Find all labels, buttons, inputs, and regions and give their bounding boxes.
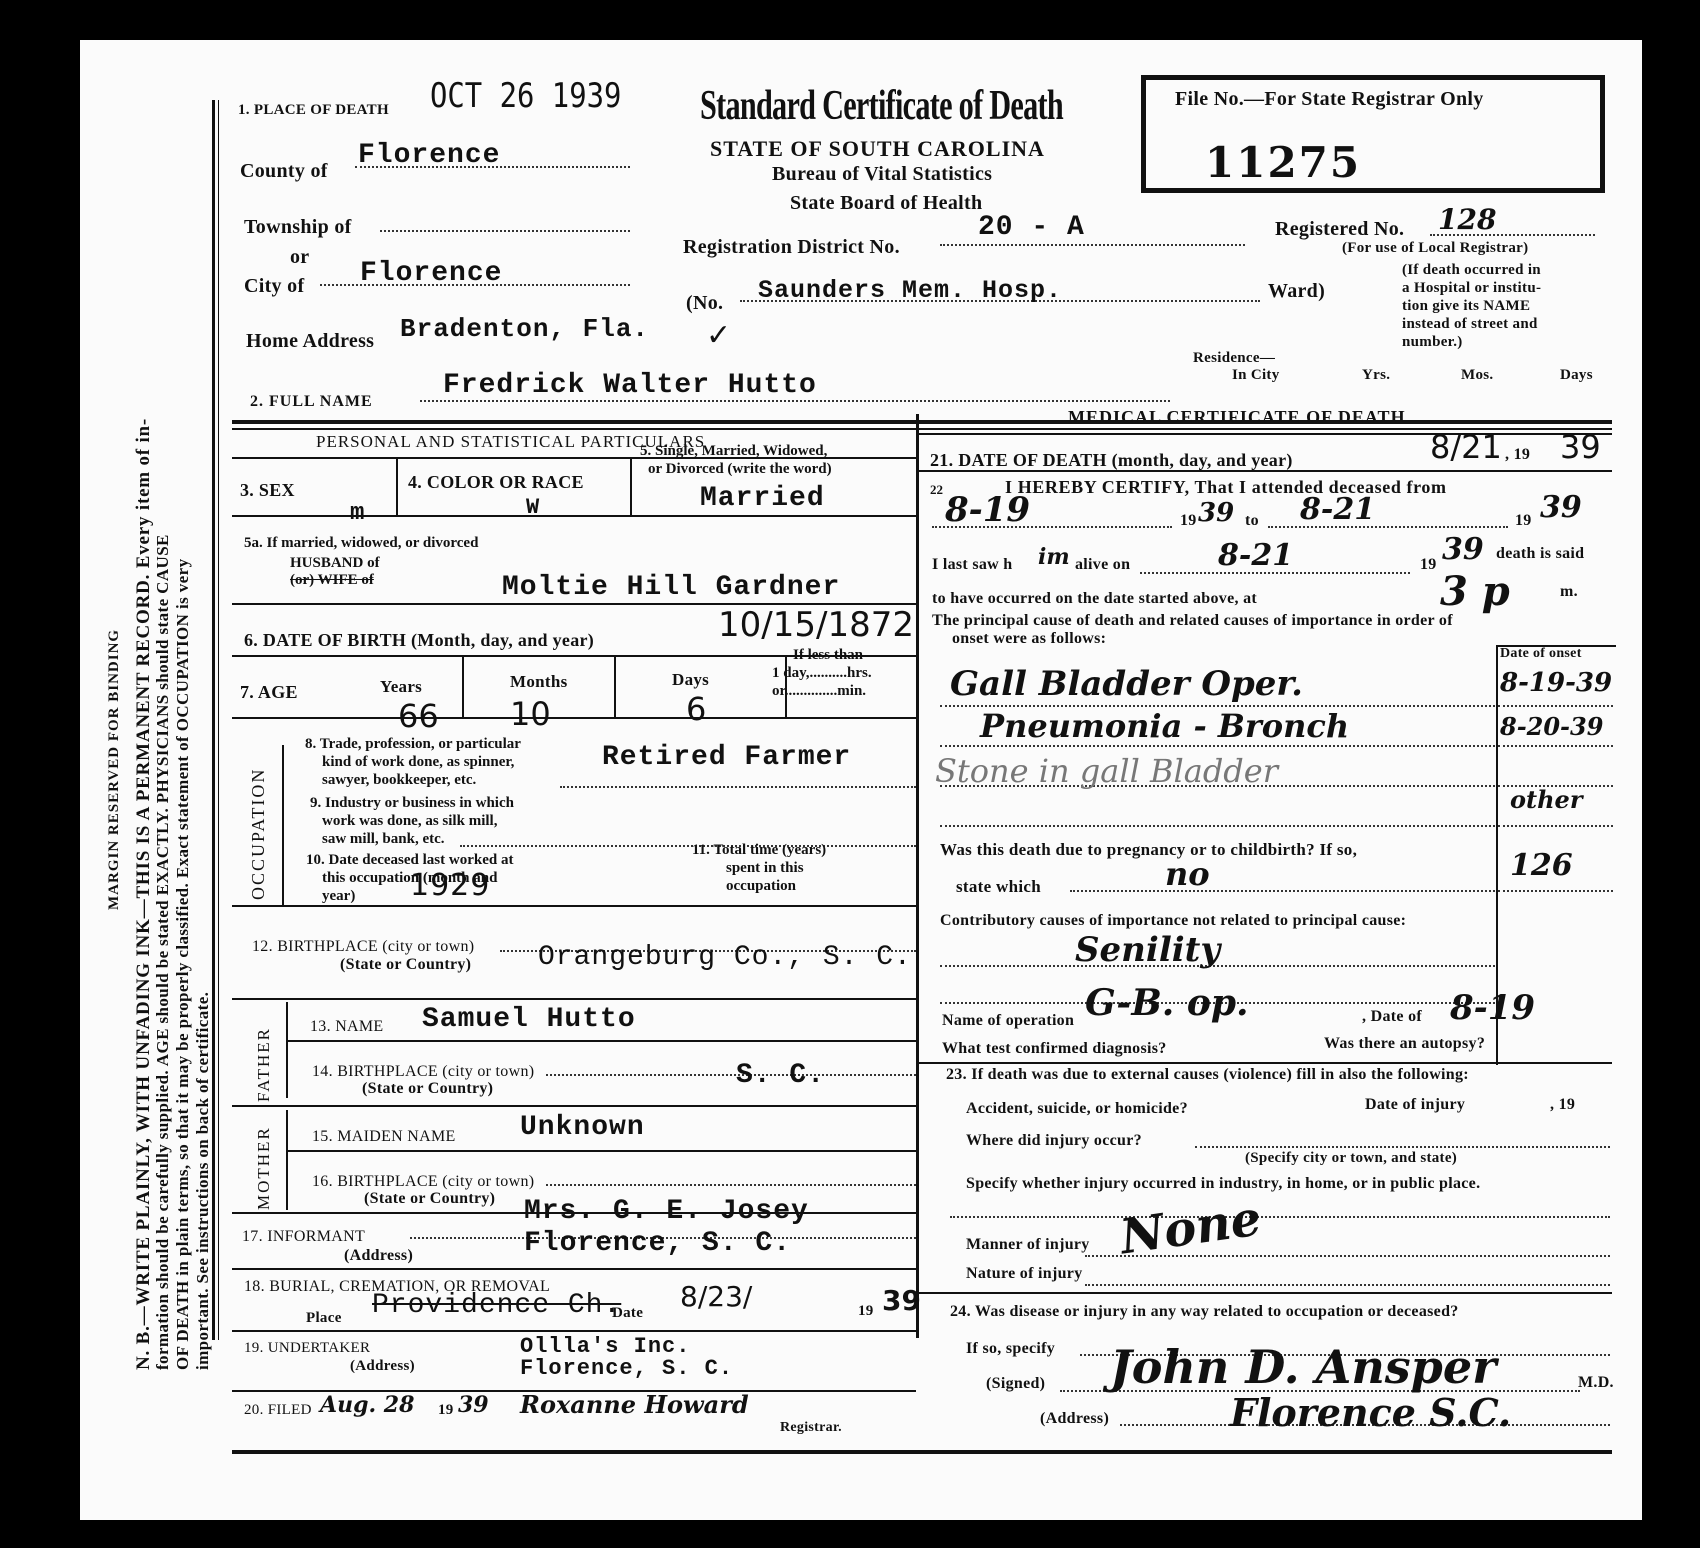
hospital-note-4: instead of street and xyxy=(1402,316,1538,333)
informant-label: 17. INFORMANT xyxy=(242,1228,365,1246)
spouse-label-3: (or) WIFE of xyxy=(290,572,374,589)
margin-instruction-line-4: important. See instructions on back of c… xyxy=(193,992,213,1370)
autopsy-label: Was there an autopsy? xyxy=(1324,1035,1485,1053)
spouse-label-2: HUSBAND of xyxy=(290,555,380,572)
operation-value: G-B. op. xyxy=(1085,982,1249,1024)
accident-label: Accident, suicide, or homicide? xyxy=(966,1100,1188,1118)
hospital-note-5: number.) xyxy=(1402,334,1463,351)
dod-year-prefix: , 19 xyxy=(1505,446,1530,464)
hospital-note-3: tion give its NAME xyxy=(1402,298,1530,315)
registered-no-value: 128 xyxy=(1438,203,1496,236)
margin-instruction-line-2: formation should be carefully supplied. … xyxy=(153,534,173,1370)
attended-to: 8-21 xyxy=(1300,492,1375,527)
years-value: 66 xyxy=(398,697,439,735)
signed-label: (Signed) xyxy=(986,1375,1045,1393)
occupation-side-label: OCCUPATION xyxy=(248,768,269,900)
days-label: Days xyxy=(1560,367,1593,384)
hospital-note-2: a Hospital or institu- xyxy=(1402,280,1541,297)
birthplace-value: Orangeburg Co., S. C. xyxy=(538,942,912,973)
father-birthplace-label-1: 14. BIRTHPLACE (city or town) xyxy=(312,1063,534,1081)
external-causes-label: 23. If death was due to external causes … xyxy=(946,1066,1469,1084)
dob-value: 10/15/1872 xyxy=(718,605,914,645)
last-worked-value: 1929 xyxy=(410,868,490,903)
burial-date-value: 8/23/ xyxy=(680,1280,752,1313)
cause-2: Pneumonia - Bronch xyxy=(980,707,1349,745)
manner-label: Manner of injury xyxy=(966,1236,1090,1254)
industry-label-1: 9. Industry or business in which xyxy=(310,795,514,812)
sex-value: m xyxy=(350,500,365,527)
injury-date-label: Date of injury xyxy=(1365,1096,1465,1114)
years-label: Years xyxy=(380,677,422,697)
board-name: State Board of Health xyxy=(790,192,982,215)
father-name-label: 13. NAME xyxy=(310,1018,384,1036)
onset-3: other xyxy=(1510,785,1582,814)
undertaker-address-label: (Address) xyxy=(350,1358,415,1375)
where-injury-label: Where did injury occur? xyxy=(966,1132,1142,1150)
registrar-label: Registrar. xyxy=(780,1420,842,1436)
burial-date-label: Date xyxy=(612,1305,643,1322)
margin-instruction-line-3: OF DEATH in plain terms, so that it may … xyxy=(173,559,193,1370)
hospital-value: Saunders Mem. Hosp. xyxy=(758,276,1062,305)
father-side-label: FATHER xyxy=(254,1027,274,1102)
attended-to-year: 39 xyxy=(1540,490,1582,525)
test-label: What test confirmed diagnosis? xyxy=(942,1040,1167,1058)
trade-label-1: 8. Trade, profession, or particular xyxy=(305,736,521,753)
residence-label: Residence— xyxy=(1193,350,1275,367)
pregnancy-value: no xyxy=(1165,855,1210,893)
specify-city-label: (Specify city or town, and state) xyxy=(1245,1150,1457,1167)
attended-from: 8-19 xyxy=(945,490,1030,530)
certify-number: 22 xyxy=(930,482,943,498)
form-left-border xyxy=(212,100,215,1340)
mother-birthplace-label-2: (State or Country) xyxy=(364,1190,495,1208)
certify-label: I HEREBY CERTIFY, That I attended deceas… xyxy=(1005,477,1447,498)
mother-birthplace-label-1: 16. BIRTHPLACE (city or town) xyxy=(312,1173,534,1191)
principal-cause-label-1: The principal cause of death and related… xyxy=(932,612,1453,630)
registration-district-label: Registration District No. xyxy=(683,236,900,259)
file-number-label: File No.—For State Registrar Only xyxy=(1175,88,1484,111)
industry-label-2: work was done, as silk mill, xyxy=(322,813,497,830)
attended-from-year-prefix: 19 xyxy=(1180,512,1197,530)
industry-label-3: saw mill, bank, etc. xyxy=(322,831,445,848)
alive-on-label: alive on xyxy=(1075,556,1130,574)
spouse-label-1: 5a. If married, widowed, or divorced xyxy=(244,535,478,552)
ward-label: Ward) xyxy=(1268,280,1325,303)
operation-date-label: , Date of xyxy=(1362,1008,1422,1026)
operation-date: 8-19 xyxy=(1450,988,1535,1028)
informant-address: Florence, S. C. xyxy=(524,1228,791,1259)
spouse-value: Moltie Hill Gardner xyxy=(502,572,840,603)
mother-side-label: MOTHER xyxy=(254,1126,274,1210)
to-label: to xyxy=(1245,512,1259,530)
filed-year-prefix: 19 xyxy=(438,1402,454,1419)
burial-place-label: Place xyxy=(306,1310,342,1327)
last-worked-label-3: year) xyxy=(322,888,355,905)
mother-maiden-label: 15. MAIDEN NAME xyxy=(312,1128,456,1146)
birthplace-label-2: (State or Country) xyxy=(340,956,471,974)
registrar-signature: Roxanne Howard xyxy=(520,1390,749,1419)
father-birthplace-value: S. C. xyxy=(736,1060,825,1091)
place-of-death-label: 1. PLACE OF DEATH xyxy=(238,102,389,119)
bureau-name: Bureau of Vital Statistics xyxy=(772,163,992,186)
filed-date: Aug. 28 xyxy=(320,1392,414,1418)
marital-label-2: or Divorced (write the word) xyxy=(648,461,832,478)
burial-place-value: Providence Ch. xyxy=(372,1290,621,1321)
full-name-label: 2. FULL NAME xyxy=(250,393,373,411)
total-time-label-1: 11. Total time (years) xyxy=(692,842,826,859)
marital-label-1: 5. Single, Married, Widowed, xyxy=(640,443,827,460)
state-which-label: state which xyxy=(956,877,1041,897)
if-so-label: If so, specify xyxy=(966,1340,1055,1358)
contributory-value: Senility xyxy=(1075,930,1220,970)
county-label: County of xyxy=(240,160,328,183)
days-age-label: Days xyxy=(672,670,709,690)
age-label: 7. AGE xyxy=(240,682,298,703)
dod-year: 39 xyxy=(1560,428,1601,466)
registered-no-label: Registered No. xyxy=(1275,218,1404,241)
form-left-border-inner xyxy=(218,100,219,1340)
total-time-label-3: occupation xyxy=(726,878,796,895)
attended-to-year-prefix: 19 xyxy=(1515,512,1532,530)
margin-binding-note: MARGIN RESERVED FOR BINDING xyxy=(106,629,123,910)
trade-value: Retired Farmer xyxy=(602,742,851,773)
county-value: Florence xyxy=(358,140,500,171)
contributory-label: Contributory causes of importance not re… xyxy=(940,912,1406,930)
column-divider xyxy=(916,414,919,1338)
hospital-note-1: (If death occurred in xyxy=(1402,262,1541,279)
city-value: Florence xyxy=(360,258,502,289)
filed-label: 20. FILED xyxy=(244,1402,312,1419)
last-saw-pronoun: im xyxy=(1038,544,1070,570)
specify-where-label: Specify whether injury occurred in indus… xyxy=(966,1175,1480,1193)
last-saw-year: 39 xyxy=(1442,532,1484,567)
sex-label: 3. SEX xyxy=(240,480,295,501)
total-time-label-2: spent in this xyxy=(726,860,804,877)
time-of-death: 3 p xyxy=(1440,568,1510,615)
filed-year: 39 xyxy=(458,1392,489,1418)
injury-year-prefix: , 19 xyxy=(1550,1096,1575,1114)
months-label: Months xyxy=(510,672,568,692)
physician-signature: John D. Ansper xyxy=(1110,1340,1496,1394)
informant-address-label: (Address) xyxy=(344,1247,413,1265)
principal-cause-label-2: onset were as follows: xyxy=(952,630,1106,648)
father-name-value: Samuel Hutto xyxy=(422,1004,636,1035)
occurred-label: to have occurred on the date started abo… xyxy=(932,590,1257,608)
dod-label: 21. DATE OF DEATH (month, day, and year) xyxy=(930,450,1293,471)
m-label: m. xyxy=(1560,583,1578,601)
city-label: City of xyxy=(244,275,304,298)
onset-2: 8-20-39 xyxy=(1500,712,1603,741)
race-label: 4. COLOR OR RACE xyxy=(408,472,584,493)
cause-1: Gall Bladder Oper. xyxy=(950,664,1303,704)
marital-value: Married xyxy=(700,483,825,514)
last-saw-label: I last saw h xyxy=(932,556,1013,574)
home-address-label: Home Address xyxy=(246,330,374,353)
dod-value: 8/21 xyxy=(1430,428,1502,466)
physician-address-label: (Address) xyxy=(1040,1410,1109,1428)
full-name-value: Fredrick Walter Hutto xyxy=(443,370,817,401)
last-worked-label-1: 10. Date deceased last worked at xyxy=(306,852,513,869)
burial-year-prefix: 19 xyxy=(858,1303,874,1320)
birthplace-label-1: 12. BIRTHPLACE (city or town) xyxy=(252,938,474,956)
home-address-value: Bradenton, Fla. xyxy=(400,314,649,344)
less-than-label-3: or..............min. xyxy=(772,683,866,700)
date-of-onset-label: Date of onset xyxy=(1500,646,1582,662)
state-name: STATE OF SOUTH CAROLINA xyxy=(710,136,1045,162)
last-saw-date: 8-21 xyxy=(1218,538,1293,573)
physician-address: Florence S.C. xyxy=(1230,1390,1511,1435)
yrs-label: Yrs. xyxy=(1362,367,1390,384)
months-value: 10 xyxy=(510,695,551,733)
margin-instruction-line-1: N. B.—WRITE PLAINLY, WITH UNFADING INK—T… xyxy=(133,418,155,1370)
days-value: 6 xyxy=(686,690,706,728)
burial-year: 39 xyxy=(882,1284,921,1317)
informant-name: Mrs. G. E. Josey xyxy=(524,1196,809,1227)
death-said-label: death is said xyxy=(1496,545,1584,563)
file-number: 11275 xyxy=(1205,138,1361,187)
certificate-title: Standard Certificate of Death xyxy=(700,82,1063,130)
cause-3: Stone in gall Bladder xyxy=(935,752,1278,790)
or-label: or xyxy=(290,246,309,269)
received-date-stamp: OCT 26 1939 xyxy=(430,76,621,116)
trade-label-2: kind of work done, as spinner, xyxy=(322,754,514,771)
trade-label-3: sawyer, bookkeeper, etc. xyxy=(322,772,476,789)
nature-label: Nature of injury xyxy=(966,1265,1083,1283)
check-mark-icon: ✓ xyxy=(706,318,731,353)
md-label: M.D. xyxy=(1578,1374,1614,1392)
no-label: (No. xyxy=(686,292,723,315)
last-saw-year-prefix: 19 xyxy=(1420,556,1437,574)
undertaker-address: Florence, S. C. xyxy=(520,1356,733,1381)
mos-label: Mos. xyxy=(1461,367,1493,384)
in-city-label: In City xyxy=(1232,367,1280,384)
less-than-label-1: If less than xyxy=(793,647,863,664)
less-than-label-2: 1 day,..........hrs. xyxy=(772,665,872,682)
occupation-related-label: 24. Was disease or injury in any way rel… xyxy=(950,1303,1459,1321)
mother-maiden-value: Unknown xyxy=(520,1112,645,1143)
undertaker-label: 19. UNDERTAKER xyxy=(244,1340,370,1357)
onset-1: 8-19-39 xyxy=(1500,668,1612,698)
margin-number: 126 xyxy=(1510,848,1573,883)
attended-from-year: 39 xyxy=(1198,498,1234,528)
local-registrar-note: (For use of Local Registrar) xyxy=(1342,240,1528,257)
pregnancy-label: Was this death due to pregnancy or to ch… xyxy=(940,840,1357,860)
registration-district-value: 20 - A xyxy=(978,212,1085,243)
operation-label: Name of operation xyxy=(942,1012,1074,1030)
father-birthplace-label-2: (State or Country) xyxy=(362,1080,493,1098)
township-label: Township of xyxy=(244,216,352,239)
dob-label: 6. DATE OF BIRTH (Month, day, and year) xyxy=(244,630,594,651)
medical-section-title: MEDICAL CERTIFICATE OF DEATH xyxy=(1068,407,1406,428)
